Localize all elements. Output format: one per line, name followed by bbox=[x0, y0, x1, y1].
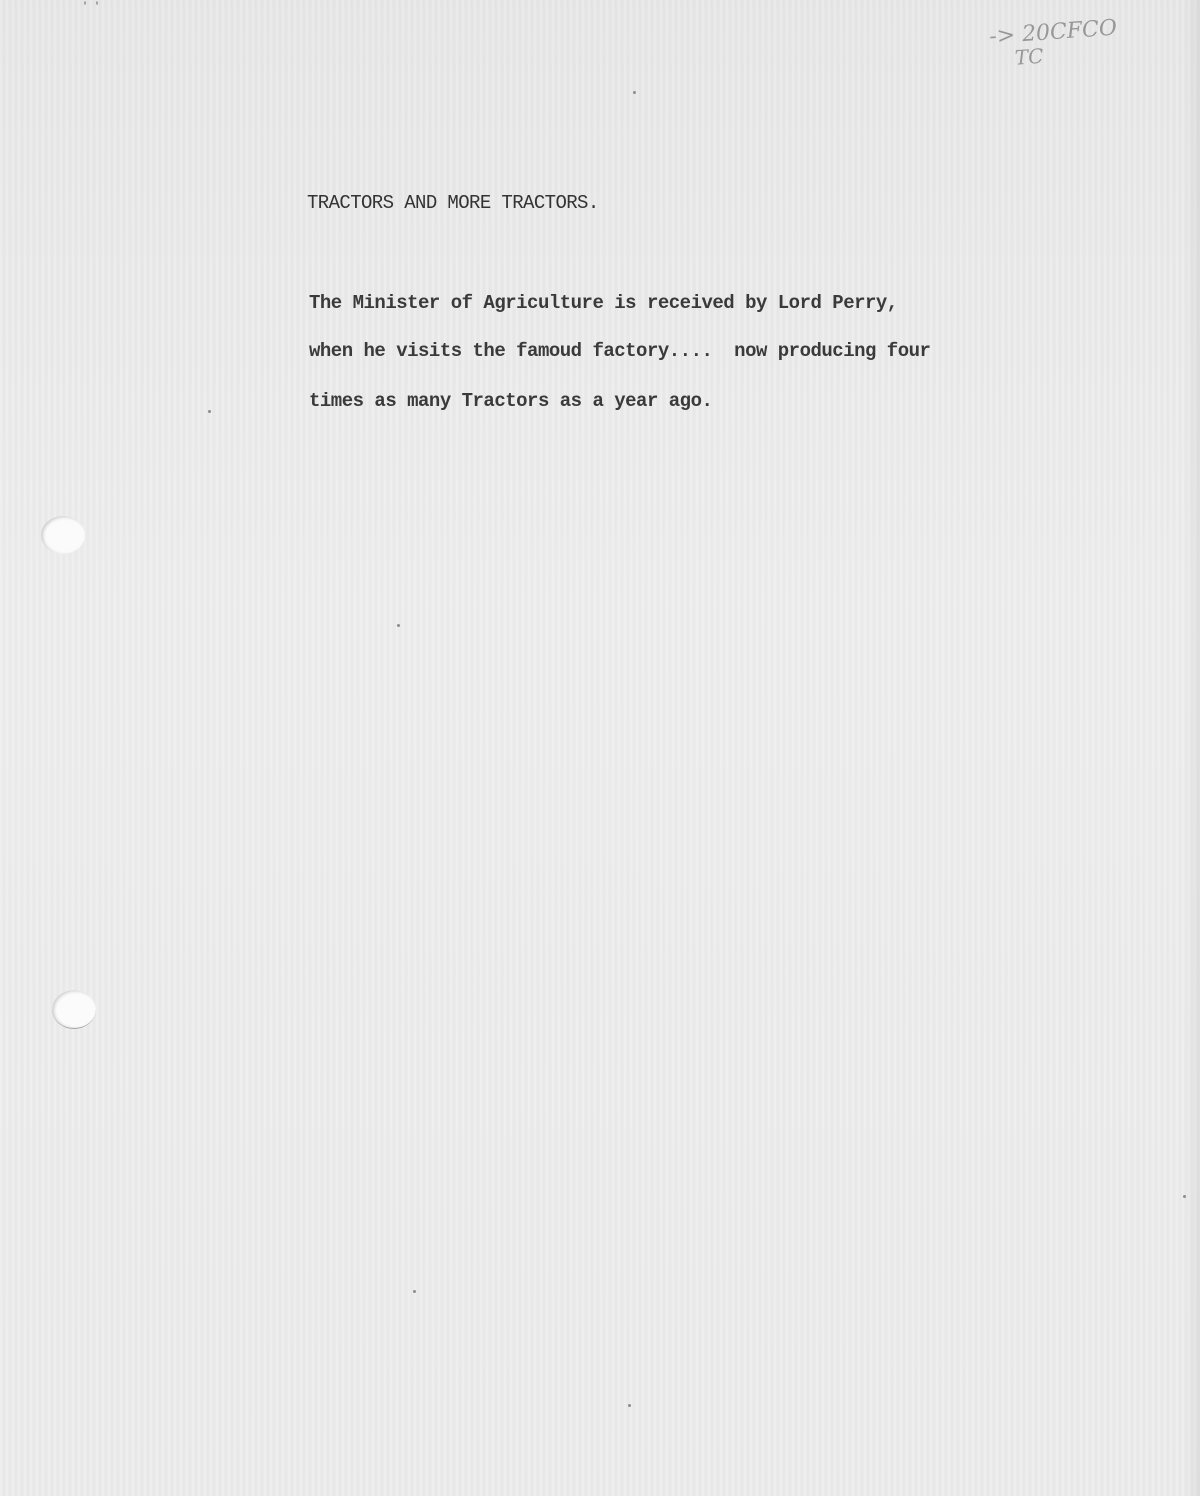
page-edge-shadow bbox=[1184, 0, 1200, 1496]
paper-speck bbox=[208, 410, 211, 413]
body-text-line: The Minister of Agriculture is received … bbox=[309, 292, 898, 314]
handwritten-annotation: -> 20CFCO TC bbox=[989, 18, 1120, 71]
paper-speck bbox=[628, 1404, 631, 1407]
paper-speck bbox=[413, 1290, 416, 1293]
paper-speck bbox=[397, 624, 400, 627]
body-text-line: times as many Tractors as a year ago. bbox=[309, 390, 712, 412]
paper-speck bbox=[1183, 1195, 1186, 1198]
document-title: TRACTORS AND MORE TRACTORS. bbox=[307, 192, 599, 214]
body-text-line: when he visits the famoud factory.... no… bbox=[309, 340, 930, 362]
corner-mark: ' ' bbox=[82, 2, 100, 13]
punch-hole bbox=[52, 990, 96, 1029]
punch-hole bbox=[41, 516, 85, 554]
paper-speck bbox=[633, 91, 636, 94]
